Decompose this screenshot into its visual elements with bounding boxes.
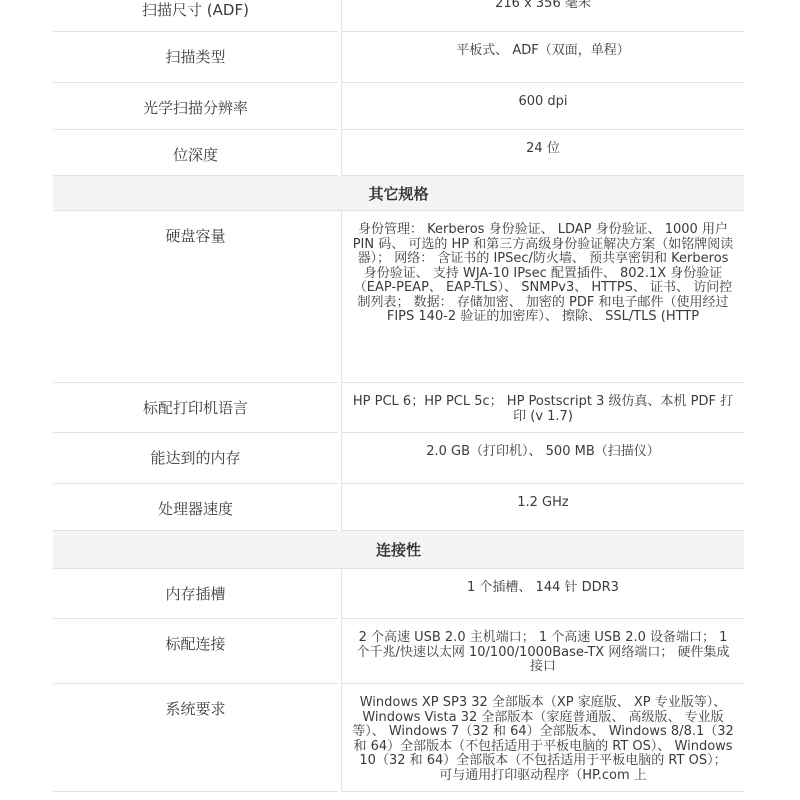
section-header-row: 连接性 (53, 531, 744, 569)
table-row: 标配打印机语言HP PCL 6；HP PCL 5c； HP Postscript… (53, 383, 744, 433)
table-row: 标配连接2 个高速 USB 2.0 主机端口； 1 个高速 USB 2.0 设备… (53, 619, 744, 684)
spec-label: 能达到的内存 (53, 433, 338, 484)
spec-label: 处理器速度 (53, 484, 338, 531)
spec-label: 内存插槽 (53, 569, 338, 619)
table-row: 光学扫描分辨率600 dpi (53, 83, 744, 130)
spec-value: 2 个高速 USB 2.0 主机端口； 1 个高速 USB 2.0 设备端口； … (341, 619, 744, 684)
table-row: 硬盘容量身份管理： Kerberos 身份验证、 LDAP 身份验证、 1000… (53, 211, 744, 383)
spec-sheet: 扫描尺寸 (ADF)216 x 356 毫米扫描类型平板式、 ADF（双面，单程… (50, 0, 747, 792)
table-row: 位深度24 位 (53, 130, 744, 176)
table-row: 处理器速度1.2 GHz (53, 484, 744, 531)
spec-label: 系统要求 (53, 684, 338, 792)
section-title: 其它规格 (53, 176, 744, 211)
spec-value: 平板式、 ADF（双面，单程） (341, 32, 744, 83)
spec-label: 扫描尺寸 (ADF) (53, 0, 338, 32)
spec-value: 600 dpi (341, 83, 744, 130)
table-row: 系统要求Windows XP SP3 32 全部版本（XP 家庭版、 XP 专业… (53, 684, 744, 792)
table-row: 扫描尺寸 (ADF)216 x 356 毫米 (53, 0, 744, 32)
specs-table: 扫描尺寸 (ADF)216 x 356 毫米扫描类型平板式、 ADF（双面，单程… (50, 0, 747, 792)
spec-sheet-viewport: 扫描尺寸 (ADF)216 x 356 毫米扫描类型平板式、 ADF（双面，单程… (0, 0, 800, 800)
spec-label: 位深度 (53, 130, 338, 176)
spec-value: 1 个插槽、 144 针 DDR3 (341, 569, 744, 619)
spec-value: 1.2 GHz (341, 484, 744, 531)
specs-table-body: 扫描尺寸 (ADF)216 x 356 毫米扫描类型平板式、 ADF（双面，单程… (53, 0, 744, 792)
spec-label: 硬盘容量 (53, 211, 338, 383)
spec-value: Windows XP SP3 32 全部版本（XP 家庭版、 XP 专业版等）、… (341, 684, 744, 792)
spec-value: 身份管理： Kerberos 身份验证、 LDAP 身份验证、 1000 用户 … (341, 211, 744, 383)
spec-value: 216 x 356 毫米 (341, 0, 744, 32)
spec-label: 光学扫描分辨率 (53, 83, 338, 130)
section-header-row: 其它规格 (53, 176, 744, 211)
table-row: 内存插槽1 个插槽、 144 针 DDR3 (53, 569, 744, 619)
section-title: 连接性 (53, 531, 744, 569)
spec-label: 扫描类型 (53, 32, 338, 83)
table-row: 能达到的内存2.0 GB（打印机）、 500 MB（扫描仪） (53, 433, 744, 484)
table-row: 扫描类型平板式、 ADF（双面，单程） (53, 32, 744, 83)
spec-label: 标配打印机语言 (53, 383, 338, 433)
spec-value: HP PCL 6；HP PCL 5c； HP Postscript 3 级仿真、… (341, 383, 744, 433)
spec-value: 24 位 (341, 130, 744, 176)
spec-label: 标配连接 (53, 619, 338, 684)
spec-value: 2.0 GB（打印机）、 500 MB（扫描仪） (341, 433, 744, 484)
